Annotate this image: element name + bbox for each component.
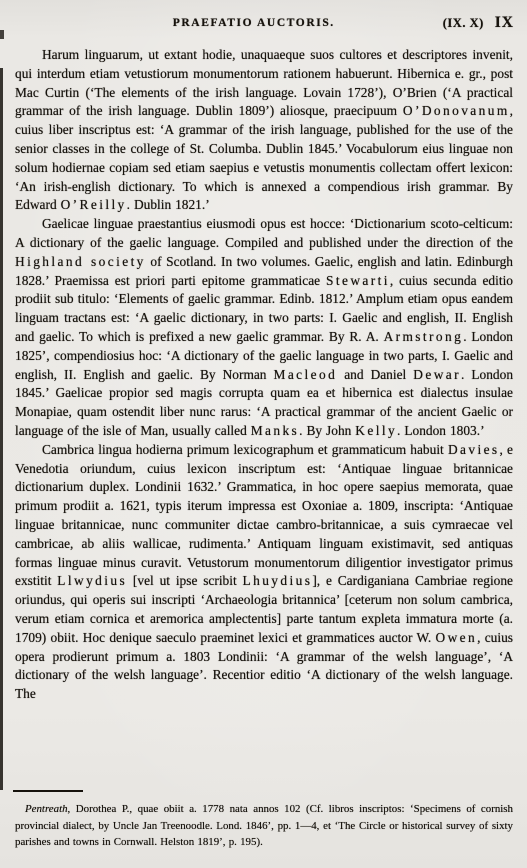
letterspaced-name: Manks [251, 423, 299, 438]
footnote-separator [13, 790, 83, 792]
letterspaced-name: Davies [448, 442, 500, 457]
text-run: , Dorothea P., quae obiit a. 1778 nata a… [15, 803, 513, 848]
letterspaced-name: Kelly [355, 423, 397, 438]
letterspaced-name: Macleod [274, 367, 338, 382]
letterspaced-name: Highland society [15, 254, 146, 269]
letterspaced-name: Lhuydius [243, 573, 313, 588]
paragraph-welsh: Cambrica lingua hodierna primum lexicogr… [15, 441, 513, 704]
text-run: and Daniel [337, 367, 413, 382]
letterspaced-name: Llwydius [57, 573, 127, 588]
text-run: . London 1803.’ [397, 423, 485, 438]
letterspaced-name: Stewarti [326, 273, 390, 288]
text-run: , e Venedotia oriundum, cuius lexicon in… [15, 442, 513, 589]
text-run: Gaelicae linguae praestantius eiusmodi o… [15, 216, 513, 250]
page-number-area: (IX. X) IX [443, 14, 514, 32]
section-page-range: (IX. X) [443, 16, 484, 31]
page-number: IX [495, 14, 514, 32]
footnote: Pentreath, Dorothea P., quae obiit a. 17… [15, 801, 513, 851]
text-run: Cambrica lingua hodierna primum lexicogr… [42, 442, 448, 457]
page-header: PRAEFATIO AUCTORIS. (IX. X) IX [0, 14, 527, 34]
letterspaced-name: O’Reilly [61, 197, 127, 212]
text-run: . By John [299, 423, 355, 438]
scan-edge-artifact [0, 68, 3, 790]
paragraph-gaelic: Gaelicae linguae praestantius eiusmodi o… [15, 215, 513, 441]
running-title: PRAEFATIO AUCTORIS. [173, 17, 335, 29]
italic-text: Pentreath [25, 803, 68, 815]
letterspaced-name: Armstrong [384, 329, 464, 344]
letterspaced-name: O’Donovanum [403, 103, 510, 118]
letterspaced-name: Owen [436, 630, 478, 645]
main-text: Harum linguarum, ut extant hodie, unaqua… [15, 46, 513, 704]
text-run: [vel ut ipse scribit [127, 573, 242, 588]
paragraph-irish: Harum linguarum, ut extant hodie, unaqua… [15, 46, 513, 215]
text-run: . Dublin 1821.’ [127, 197, 210, 212]
letterspaced-name: Dewar [413, 367, 461, 382]
